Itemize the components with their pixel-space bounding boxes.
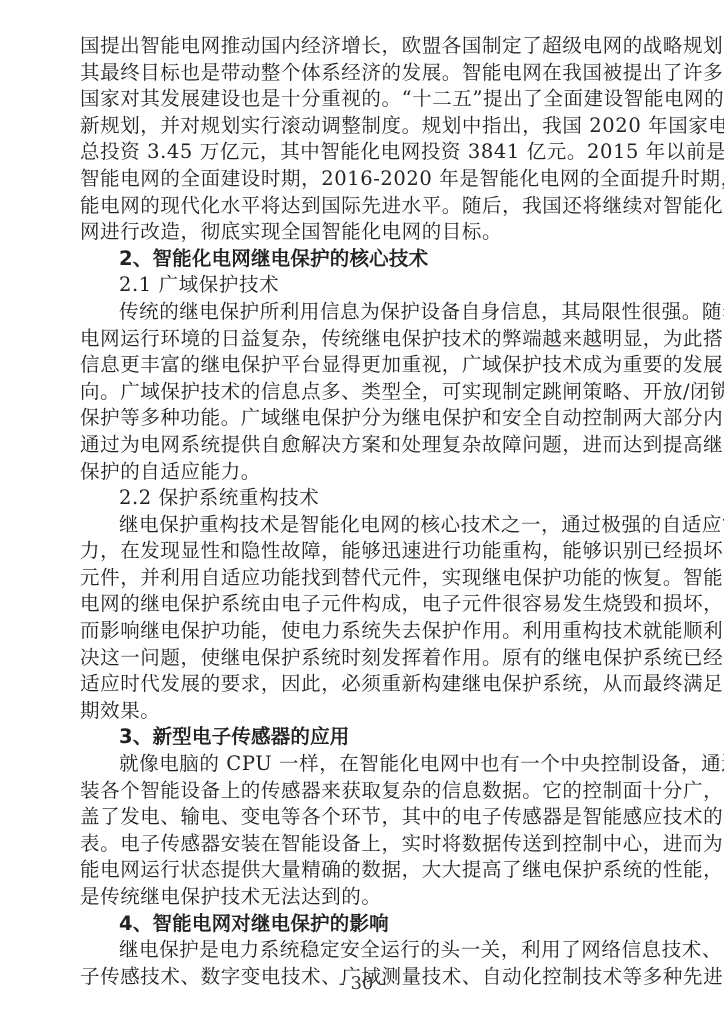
text-line: 力，在发现显性和隐性故障，能够迅速进行功能重构，能够识别已经损坏的	[80, 538, 642, 565]
text-line: 期效果。	[80, 698, 642, 725]
text-line: 能电网的现代化水平将达到国际先进水平。随后，我国还将继续对智能化电	[80, 193, 642, 220]
text-line: 信息更丰富的继电保护平台显得更加重视，广域保护技术成为重要的发展方	[80, 352, 642, 379]
subsection-heading-2-1: 2.1 广域保护技术	[80, 272, 642, 299]
section-heading-3: 3、新型电子传感器的应用	[80, 724, 642, 751]
text-line: 向。广域保护技术的信息点多、类型全，可实现制定跳闸策略、开放/闭锁	[80, 379, 642, 406]
text-line: 适应时代发展的要求，因此，必须重新构建继电保护系统，从而最终满足预	[80, 671, 642, 698]
text-line: 网进行改造，彻底实现全国智能化电网的目标。	[80, 219, 642, 246]
text-line: 盖了发电、输电、变电等各个环节，其中的电子传感器是智能感应技术的代	[80, 804, 642, 831]
subsection-heading-2-2: 2.2 保护系统重构技术	[80, 485, 642, 512]
text-line: 国提出智能电网推动国内经济增长，欧盟各国制定了超级电网的战略规划，	[80, 33, 642, 60]
text-line: 智能电网的全面建设时期，2016-2020 年是智能化电网的全面提升时期，智	[80, 166, 642, 193]
text-line: 电网运行环境的日益复杂，传统继电保护技术的弊端越来越明显，为此搭建	[80, 326, 642, 353]
document-page: 国提出智能电网推动国内经济增长，欧盟各国制定了超级电网的战略规划， 其最终目标也…	[80, 33, 642, 990]
text-line: 就像电脑的 CPU 一样，在智能化电网中也有一个中央控制设备，通过安	[80, 751, 642, 778]
text-line: 保护等多种功能。广域继电保护分为继电保护和安全自动控制两大部分内容，	[80, 405, 642, 432]
section-heading-4: 4、智能电网对继电保护的影响	[80, 911, 642, 938]
page-number: - 30 -	[0, 973, 724, 994]
text-line: 元件，并利用自适应功能找到替代元件，实现继电保护功能的恢复。智能化	[80, 565, 642, 592]
text-line: 继电保护是电力系统稳定安全运行的头一关，利用了网络信息技术、电	[80, 937, 642, 964]
text-line: 其最终目标也是带动整个体系经济的发展。智能电网在我国被提出了许多年，	[80, 60, 642, 87]
section-heading-2: 2、智能化电网继电保护的核心技术	[80, 246, 642, 273]
text-line: 国家对其发展建设也是十分重视的。“十二五”提出了全面建设智能电网的	[80, 86, 642, 113]
text-line: 而影响继电保护功能，使电力系统失去保护作用。利用重构技术就能顺利解	[80, 618, 642, 645]
text-line: 是传统继电保护技术无法达到的。	[80, 884, 642, 911]
text-line: 能电网运行状态提供大量精确的数据，大大提高了继电保护系统的性能，这	[80, 857, 642, 884]
text-line: 装各个智能设备上的传感器来获取复杂的信息数据。它的控制面十分广，覆	[80, 778, 642, 805]
text-line: 继电保护重构技术是智能化电网的核心技术之一，通过极强的自适应能	[80, 512, 642, 539]
text-line: 总投资 3.45 万亿元，其中智能化电网投资 3841 亿元。2015 年以前是…	[80, 139, 642, 166]
text-line: 保护的自适应能力。	[80, 459, 642, 486]
text-line: 表。电子传感器安装在智能设备上，实时将数据传送到控制中心，进而为智	[80, 831, 642, 858]
text-line: 电网的继电保护系统由电子元件构成，电子元件很容易发生烧毁和损坏，进	[80, 591, 642, 618]
text-line: 决这一问题，使继电保护系统时刻发挥着作用。原有的继电保护系统已经不	[80, 645, 642, 672]
text-line: 新规划，并对规划实行滚动调整制度。规划中指出，我国 2020 年国家电网	[80, 113, 642, 140]
text-line: 传统的继电保护所利用信息为保护设备自身信息，其局限性很强。随着	[80, 299, 642, 326]
text-line: 通过为电网系统提供自愈解决方案和处理复杂故障问题，进而达到提高继电	[80, 432, 642, 459]
